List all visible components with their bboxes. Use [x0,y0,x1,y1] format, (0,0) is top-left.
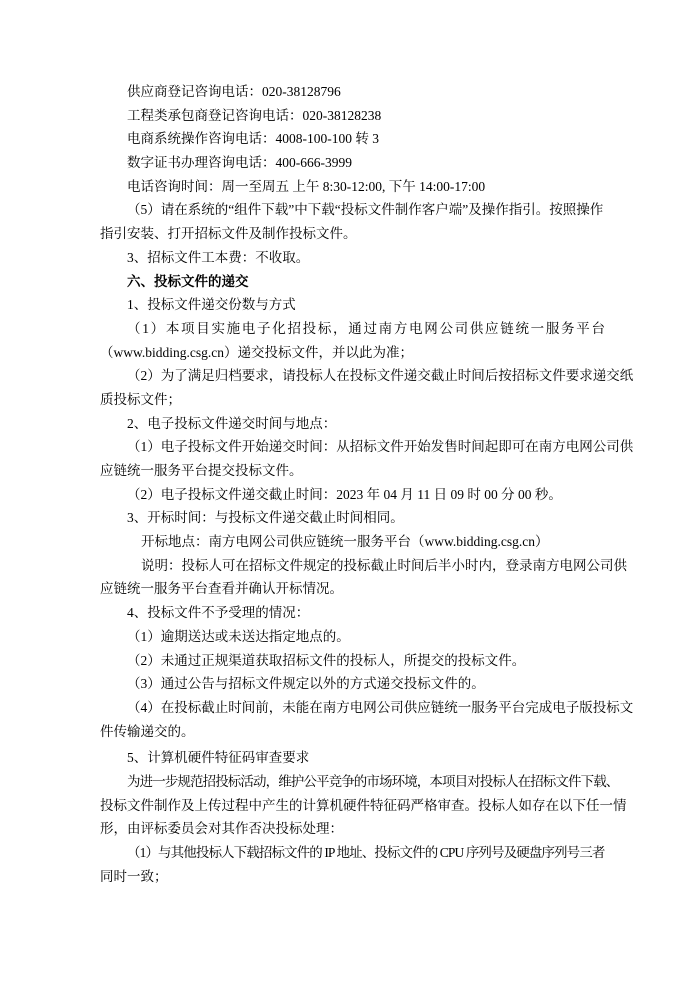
document-line: 六、投标文件的递交 [100,270,640,294]
document-line: 开标地点：南方电网公司供应链统一服务平台（www.bidding.csg.cn） [100,530,640,554]
document-line: （1）本项目实施电子化招投标，通过南方电网公司供应链统一服务平台 [100,317,640,341]
document-line: 3、开标时间：与投标文件递交截止时间相同。 [100,506,640,530]
document-line: （1）与其他投标人下载招标文件的 IP 地址、投标文件的 CPU 序列号及硬盘序… [100,841,640,865]
document-line: （4）在投标截止时间前，未能在南方电网公司供应链统一服务平台完成电子版投标文 [100,696,640,720]
document-line: 应链统一服务平台查看并确认开标情况。 [100,577,640,601]
document-line: 5、计算机硬件特征码审查要求 [100,746,640,770]
document-line: 4、投标文件不予受理的情况： [100,601,640,625]
document-line: 质投标文件； [100,388,640,412]
document-line: （2）为了满足归档要求，请投标人在投标文件递交截止时间后按招标文件要求递交纸 [100,364,640,388]
document-line: 形，由评标委员会对其作否决投标处理： [100,817,640,841]
document-line: 3、招标文件工本费：不收取。 [100,246,640,270]
document-line: 供应商登记咨询电话：020-38128796 [100,80,640,104]
document-line: （1）逾期送达或未送达指定地点的。 [100,625,640,649]
document-line: 电话咨询时间：周一至周五 上午 8:30-12:00, 下午 14:00-17:… [100,175,640,199]
document-line: 数字证书办理咨询电话：400-666-3999 [100,151,640,175]
document-page: 供应商登记咨询电话：020-38128796工程类承包商登记咨询电话：020-3… [0,0,700,989]
document-line: 电商系统操作咨询电话：4008-100-100 转 3 [100,127,640,151]
document-line: 为进一步规范招投标活动，维护公平竞争的市场环境，本项目对投标人在招标文件下载、 [100,770,640,794]
document-line: 说明：投标人可在招标文件规定的投标截止时间后半小时内，登录南方电网公司供 [100,554,640,578]
document-line: （2）电子投标文件递交截止时间：2023 年 04 月 11 日 09 时 00… [100,483,640,507]
document-line: 件传输递交的。 [100,720,640,744]
document-line: （www.bidding.csg.cn）递交投标文件，并以此为准； [100,341,640,365]
document-line: 指引安装、打开招标文件及制作投标文件。 [100,222,640,246]
document-line: 应链统一服务平台提交投标文件。 [100,459,640,483]
document-line: 工程类承包商登记咨询电话：020-38128238 [100,104,640,128]
document-line: 投标文件制作及上传过程中产生的计算机硬件特征码严格审查。投标人如存在以下任一情 [100,794,640,818]
document-line: （3）通过公告与招标文件规定以外的方式递交投标文件的。 [100,672,640,696]
document-line: （5）请在系统的“组件下载”中下载“投标文件制作客户端”及操作指引。按照操作 [100,198,640,222]
document-line: （2）未通过正规渠道获取招标文件的投标人，所提交的投标文件。 [100,649,640,673]
document-line: （1）电子投标文件开始递交时间：从招标文件开始发售时间起即可在南方电网公司供 [100,435,640,459]
document-body: 供应商登记咨询电话：020-38128796工程类承包商登记咨询电话：020-3… [100,80,640,888]
document-line: 2、电子投标文件递交时间与地点： [100,412,640,436]
document-line: 同时一致； [100,865,640,889]
document-line: 1、投标文件递交份数与方式 [100,293,640,317]
